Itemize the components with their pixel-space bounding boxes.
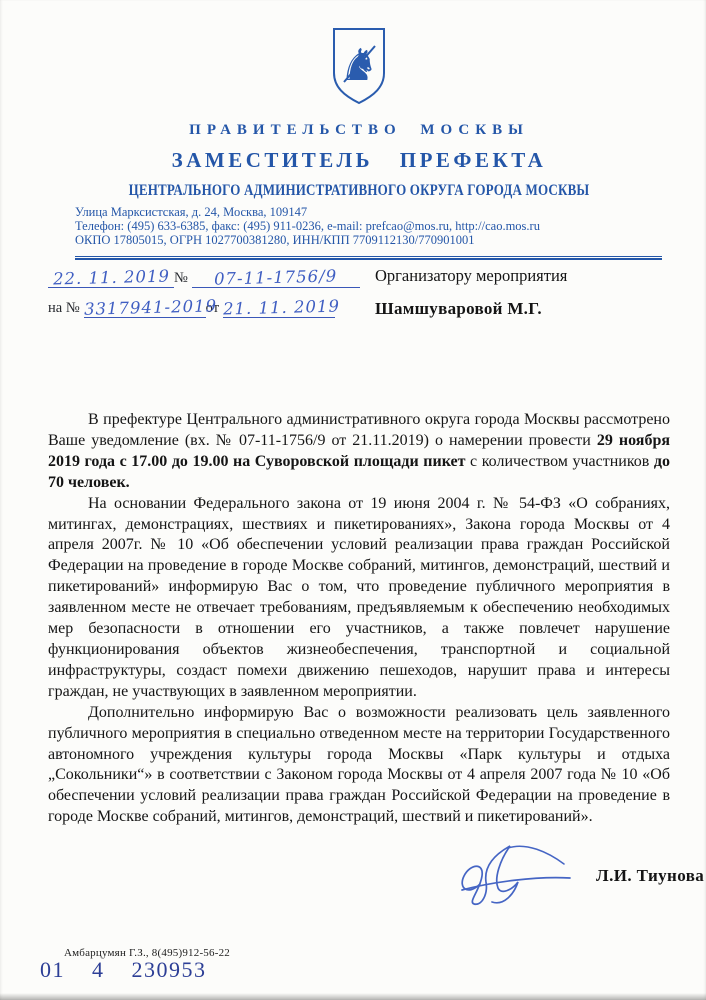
moscow-coat-of-arms-icon: ♞: [331, 26, 387, 111]
body-paragraph: На основании Федерального закона от 19 и…: [48, 494, 670, 703]
letterhead: ♞ ПРАВИТЕЛЬСТВО МОСКВЫ ЗАМЕСТИТЕЛЬ ПРЕФЕ…: [12, 0, 706, 200]
outgoing-number-handwriting: 07-11-1756/9: [214, 266, 338, 288]
signatory-name: Л.И. Тиунова: [596, 866, 704, 886]
body-text: В префектуре Центрального административн…: [48, 411, 670, 449]
incoming-number-label: на №: [48, 300, 84, 318]
outgoing-date-handwriting: 22. 11. 2019: [52, 266, 169, 288]
government-name: ПРАВИТЕЛЬСТВО МОСКВЫ: [12, 122, 706, 139]
incoming-reference-row: на № 3317941-2019 от 21. 11. 2019: [48, 297, 370, 318]
outgoing-reference-row: 22. 11. 2019 № 07-11-1756/9: [48, 267, 370, 288]
incoming-number-field: 3317941-2019: [84, 297, 206, 318]
office-subtitle: ЦЕНТРАЛЬНОГО АДМИНИСТРАТИВНОГО ОКРУГА ГО…: [68, 182, 651, 200]
body-text: Дополнительно информирую Вас о возможнос…: [48, 704, 670, 826]
incoming-number-handwriting: 3317941-2019: [83, 296, 217, 318]
recipient-block: Организатору мероприятия Шамшуваровой М.…: [375, 266, 567, 319]
reference-block: 22. 11. 2019 № 07-11-1756/9 на № 3317941…: [48, 267, 370, 318]
outgoing-date-field: 22. 11. 2019: [48, 267, 174, 288]
body-paragraph: Дополнительно информирую Вас о возможнос…: [48, 703, 670, 828]
office-title: ЗАМЕСТИТЕЛЬ ПРЕФЕКТА: [12, 148, 706, 173]
letter-body: В префектуре Центрального административн…: [48, 410, 670, 828]
number-sign-label: №: [174, 270, 192, 288]
signature-block: Л.И. Тиунова: [452, 838, 704, 917]
contact-registration: ОКПО 17805015, ОГРН 1027700381280, ИНН/К…: [75, 233, 540, 247]
body-text: с количеством участников: [466, 453, 654, 470]
recipient-role: Организатору мероприятия: [375, 266, 567, 286]
recipient-name: Шамшуваровой М.Г.: [375, 299, 567, 319]
body-text: На основании Федерального закона от 19 и…: [48, 495, 670, 700]
double-rule-divider: [75, 256, 662, 260]
outgoing-number-field: 07-11-1756/9: [192, 267, 360, 288]
contact-phone: Телефон: (495) 633-6385, факс: (495) 911…: [75, 219, 540, 233]
incoming-date-field: 21. 11. 2019: [223, 297, 335, 318]
contact-block: Улица Марксистская, д. 24, Москва, 10914…: [75, 205, 540, 247]
body-paragraph: В префектуре Центрального административн…: [48, 410, 670, 494]
incoming-date-handwriting: 21. 11. 2019: [223, 296, 340, 318]
signature-icon: [452, 838, 584, 917]
contact-address: Улица Марксистская, д. 24, Москва, 10914…: [75, 205, 540, 219]
scanned-letter-page: ♞ ПРАВИТЕЛЬСТВО МОСКВЫ ЗАМЕСТИТЕЛЬ ПРЕФЕ…: [0, 0, 706, 1000]
document-code-stamp: 01 4 230953: [40, 957, 207, 983]
